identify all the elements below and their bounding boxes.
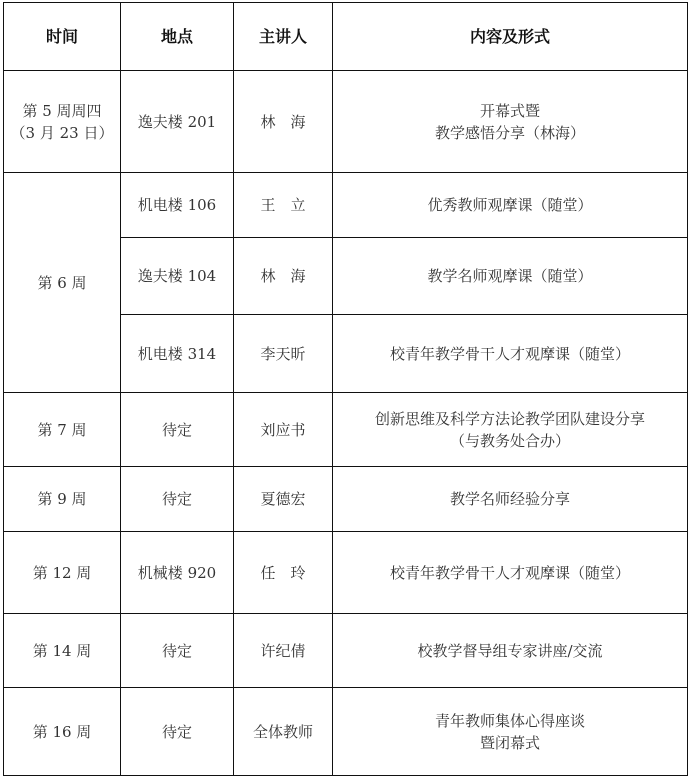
location-cell: 机械楼 920 (121, 532, 234, 614)
location-cell: 待定 (121, 393, 234, 467)
content-line: 校青年教学骨干人才观摩课（随堂） (333, 562, 687, 584)
table-row: 第 7 周 待定 刘应书 创新思维及科学方法论教学团队建设分享 （与教务处合办） (4, 393, 688, 467)
content-cell: 校教学督导组专家讲座/交流 (333, 614, 688, 688)
schedule-table: 时间 地点 主讲人 内容及形式 第 5 周周四 （3 月 23 日） 逸夫楼 2… (3, 2, 688, 776)
content-line: 校青年教学骨干人才观摩课（随堂） (333, 343, 687, 365)
table-row: 第 14 周 待定 许纪倩 校教学督导组专家讲座/交流 (4, 614, 688, 688)
speaker-cell: 林 海 (234, 238, 333, 315)
content-line: 青年教师集体心得座谈 (333, 710, 687, 732)
content-cell: 教学名师观摩课（随堂） (333, 238, 688, 315)
location-cell: 机电楼 314 (121, 315, 234, 393)
time-cell: 第 9 周 (4, 467, 121, 532)
location-cell: 机电楼 106 (121, 173, 234, 238)
content-cell: 创新思维及科学方法论教学团队建设分享 （与教务处合办） (333, 393, 688, 467)
table-row: 第 6 周 机电楼 106 王 立 优秀教师观摩课（随堂） (4, 173, 688, 238)
content-cell: 教学名师经验分享 (333, 467, 688, 532)
time-cell: 第 16 周 (4, 688, 121, 776)
content-cell: 青年教师集体心得座谈 暨闭幕式 (333, 688, 688, 776)
content-cell: 校青年教学骨干人才观摩课（随堂） (333, 315, 688, 393)
header-speaker: 主讲人 (234, 3, 333, 71)
content-line: 优秀教师观摩课（随堂） (333, 194, 687, 216)
content-line: 教学感悟分享（林海） (333, 122, 687, 144)
time-cell: 第 14 周 (4, 614, 121, 688)
content-line: 开幕式暨 (333, 100, 687, 122)
content-line: 校教学督导组专家讲座/交流 (333, 640, 687, 662)
location-cell: 待定 (121, 688, 234, 776)
time-cell: 第 5 周周四 （3 月 23 日） (4, 71, 121, 173)
time-line: 第 14 周 (4, 640, 120, 662)
content-line: 暨闭幕式 (333, 732, 687, 754)
location-cell: 逸夫楼 201 (121, 71, 234, 173)
time-line: 第 5 周周四 (4, 100, 120, 122)
time-line: 第 9 周 (4, 488, 120, 510)
speaker-cell: 刘应书 (234, 393, 333, 467)
speaker-cell: 李天昕 (234, 315, 333, 393)
content-cell: 校青年教学骨干人才观摩课（随堂） (333, 532, 688, 614)
content-line: 教学名师经验分享 (333, 488, 687, 510)
content-line: 创新思维及科学方法论教学团队建设分享 (333, 408, 687, 430)
table-row: 第 12 周 机械楼 920 任 玲 校青年教学骨干人才观摩课（随堂） (4, 532, 688, 614)
table-row: 第 9 周 待定 夏德宏 教学名师经验分享 (4, 467, 688, 532)
speaker-cell: 林 海 (234, 71, 333, 173)
speaker-cell: 全体教师 (234, 688, 333, 776)
speaker-cell: 许纪倩 (234, 614, 333, 688)
location-cell: 逸夫楼 104 (121, 238, 234, 315)
time-line: 第 7 周 (4, 419, 120, 441)
speaker-cell: 夏德宏 (234, 467, 333, 532)
speaker-cell: 王 立 (234, 173, 333, 238)
time-line: 第 6 周 (4, 272, 120, 294)
time-cell: 第 7 周 (4, 393, 121, 467)
header-content: 内容及形式 (333, 3, 688, 71)
table-row: 第 5 周周四 （3 月 23 日） 逸夫楼 201 林 海 开幕式暨 教学感悟… (4, 71, 688, 173)
location-cell: 待定 (121, 467, 234, 532)
content-cell: 开幕式暨 教学感悟分享（林海） (333, 71, 688, 173)
content-line: （与教务处合办） (333, 430, 687, 452)
time-line: 第 12 周 (4, 562, 120, 584)
time-cell: 第 12 周 (4, 532, 121, 614)
content-line: 教学名师观摩课（随堂） (333, 265, 687, 287)
header-row: 时间 地点 主讲人 内容及形式 (4, 3, 688, 71)
time-cell: 第 6 周 (4, 173, 121, 393)
header-time: 时间 (4, 3, 121, 71)
content-cell: 优秀教师观摩课（随堂） (333, 173, 688, 238)
location-cell: 待定 (121, 614, 234, 688)
header-location: 地点 (121, 3, 234, 71)
table-row: 第 16 周 待定 全体教师 青年教师集体心得座谈 暨闭幕式 (4, 688, 688, 776)
time-line: 第 16 周 (4, 721, 120, 743)
time-line: （3 月 23 日） (4, 122, 120, 144)
speaker-cell: 任 玲 (234, 532, 333, 614)
